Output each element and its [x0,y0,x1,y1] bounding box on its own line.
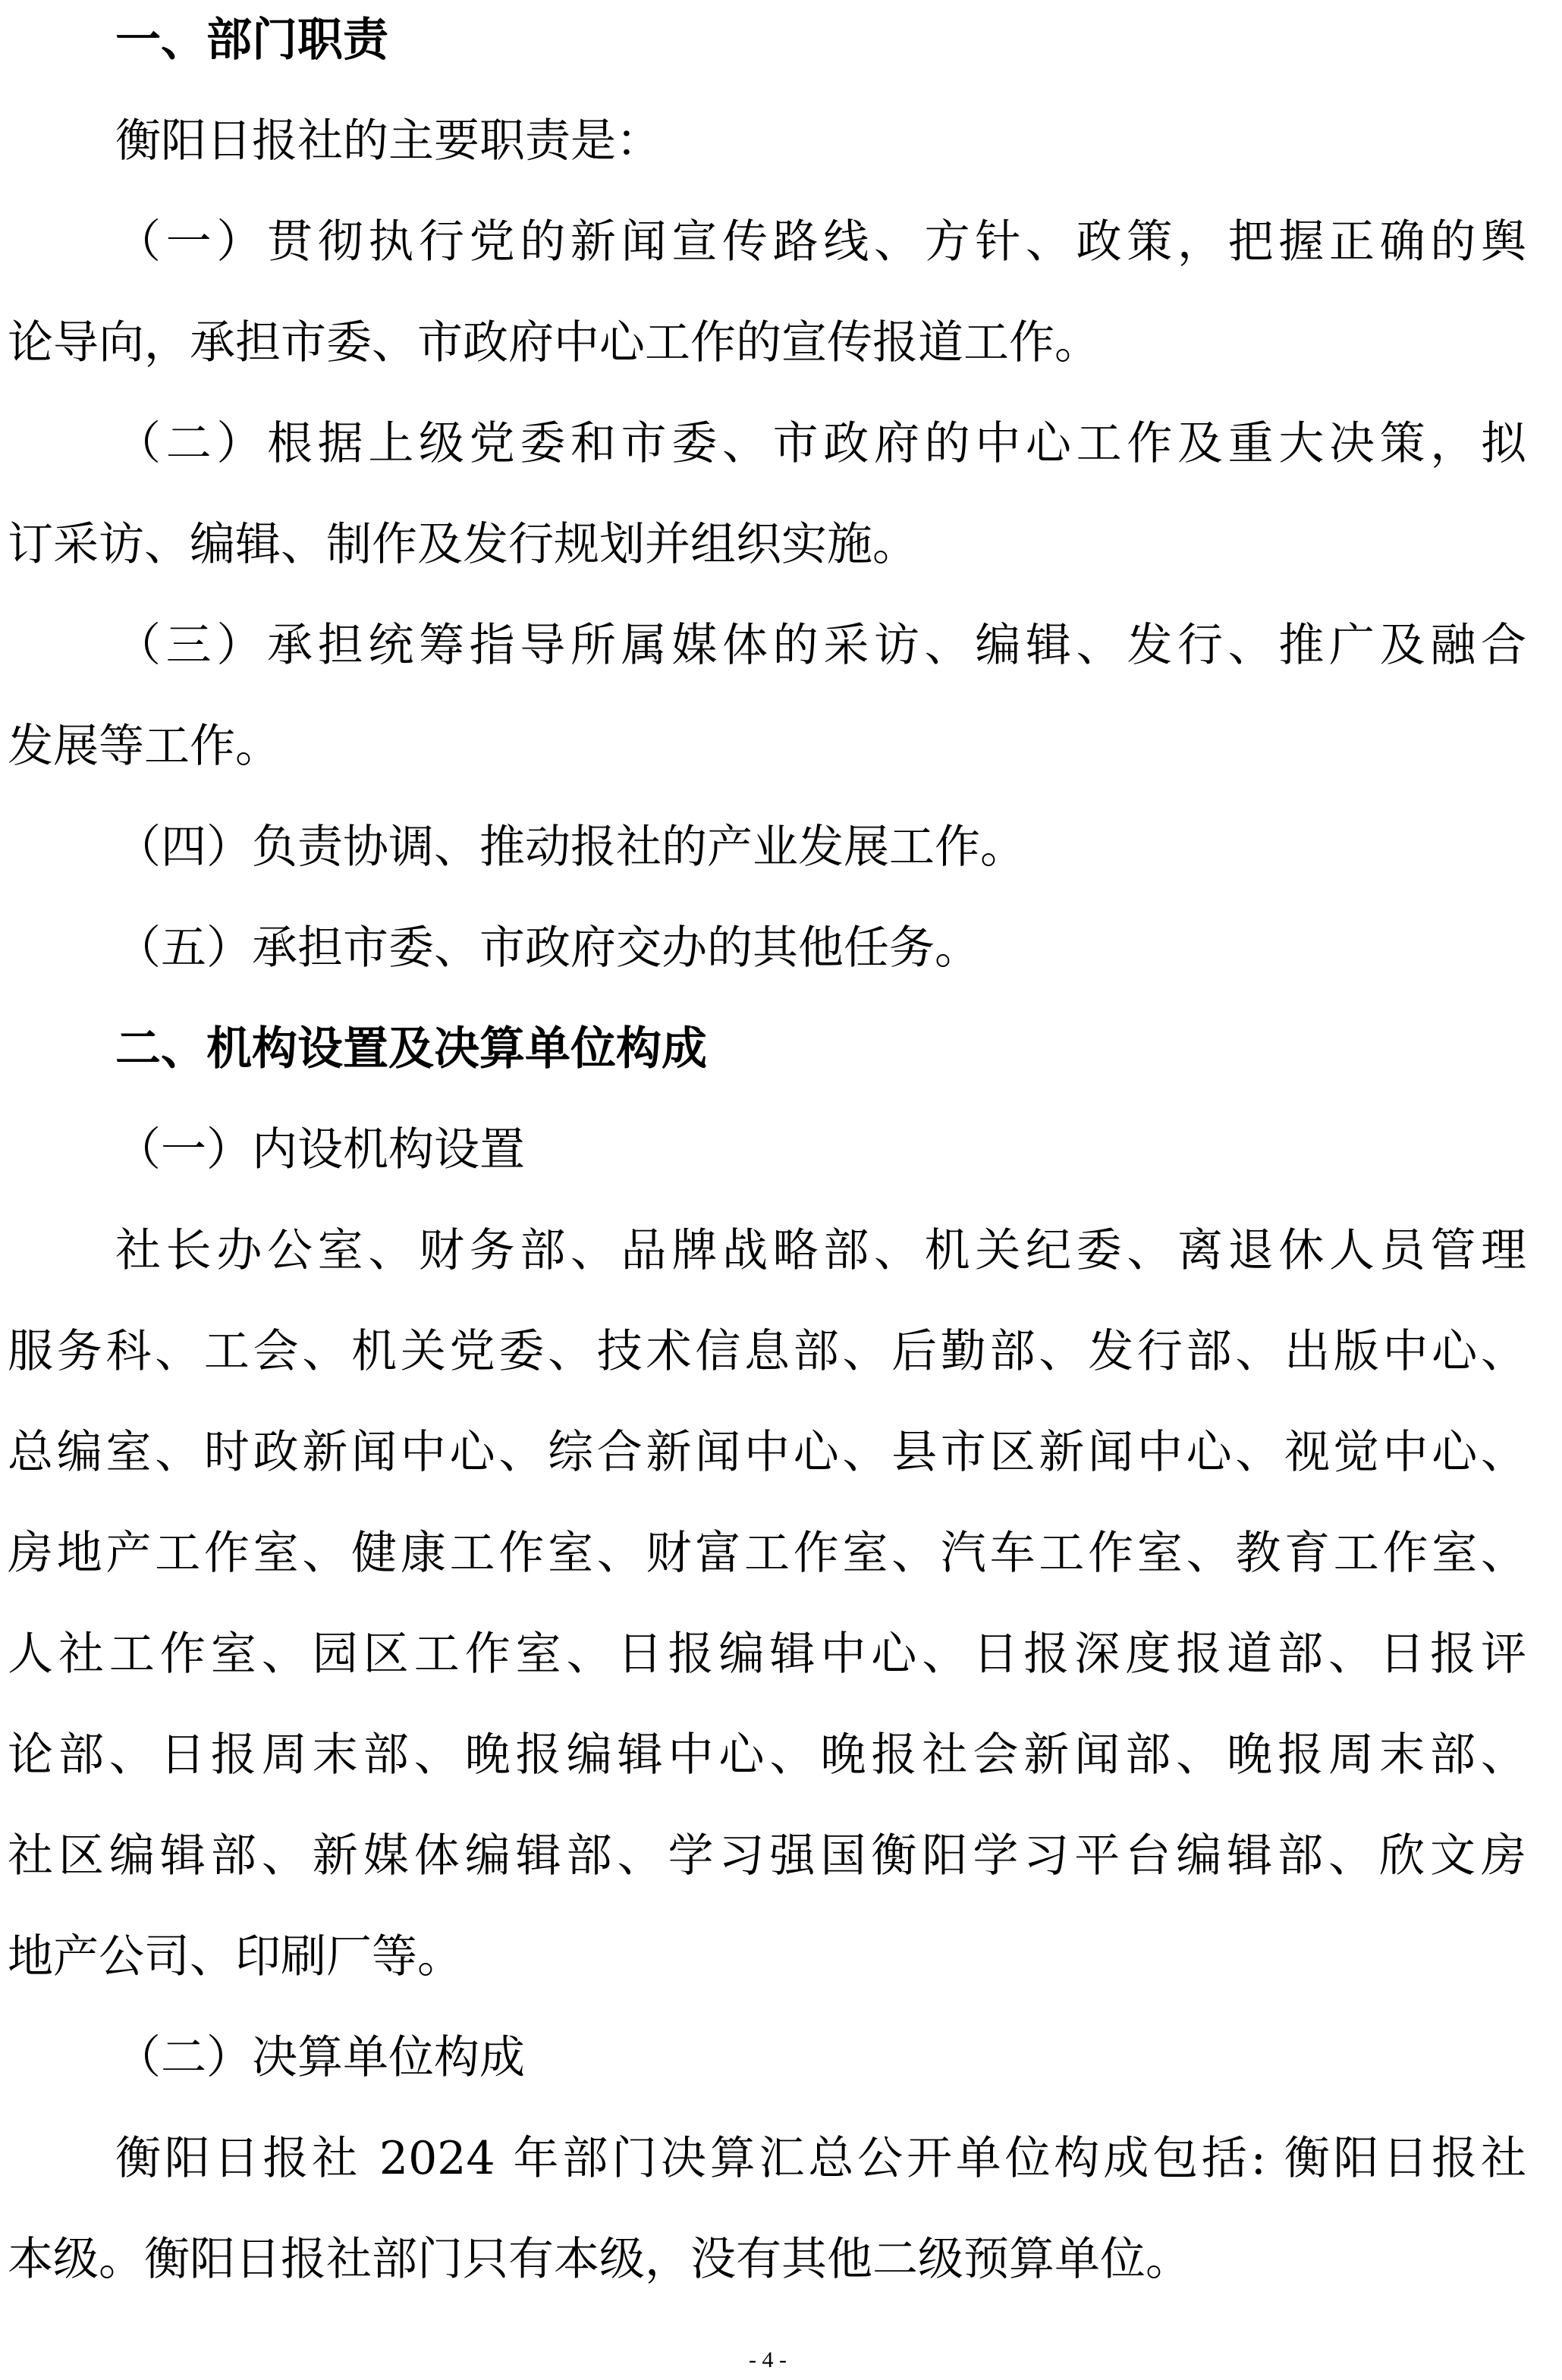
duty-item-2-line-1: （二）根据上级党委和市委、市政府的中心工作及重大决策，拟 [115,417,1526,470]
internal-structure-line-8: 地产公司、印刷厂等。 [8,1930,1526,1983]
document-page: 一、部门职责 衡阳日报社的主要职责是： （一）贯彻执行党的新闻宣传路线、方针、政… [0,0,1562,2380]
budget-units-line-2: 本级。衡阳日报社部门只有本级，没有其他二级预算单位。 [8,2233,1526,2286]
duty-item-3-line-1: （三）承担统筹指导所属媒体的采访、编辑、发行、推广及融合 [115,619,1526,672]
duty-item-4: （四）负责协调、推动报社的产业发展工作。 [115,821,1526,874]
internal-structure-line-7: 社区编辑部、新媒体编辑部、学习强国衡阳学习平台编辑部、欣文房 [8,1829,1526,1882]
internal-structure-line-5: 人社工作室、园区工作室、日报编辑中心、日报深度报道部、日报评 [8,1628,1526,1681]
page-number: - 4 - [0,2347,1535,2374]
internal-structure-line-3: 总编室、时政新闻中心、综合新闻中心、县市区新闻中心、视觉中心、 [8,1426,1526,1479]
duty-item-5: （五）承担市委、市政府交办的其他任务。 [115,922,1526,975]
subsection-heading-budget-units: （二）决算单位构成 [115,2031,1526,2084]
budget-units-line-1: 衡阳日报社 2024 年部门决算汇总公开单位构成包括: 衡阳日报社 [115,2132,1526,2185]
duty-item-2-line-2: 订采访、编辑、制作及发行规划并组织实施。 [8,518,1526,571]
subsection-heading-internal-structure: （一）内设机构设置 [115,1123,1526,1176]
internal-structure-line-2: 服务科、工会、机关党委、技术信息部、后勤部、发行部、出版中心、 [8,1325,1526,1378]
section-heading-organization: 二、机构设置及决算单位构成 [115,1022,1526,1075]
duty-item-1-line-1: （一）贯彻执行党的新闻宣传路线、方针、政策，把握正确的舆 [115,215,1526,268]
duty-item-3-line-2: 发展等工作。 [8,720,1526,773]
internal-structure-line-1: 社长办公室、财务部、品牌战略部、机关纪委、离退休人员管理 [115,1224,1526,1277]
internal-structure-line-6: 论部、日报周末部、晚报编辑中心、晚报社会新闻部、晚报周末部、 [8,1728,1526,1782]
section-heading-duties: 一、部门职责 [115,14,1526,67]
duties-intro: 衡阳日报社的主要职责是： [115,115,1526,168]
internal-structure-line-4: 房地产工作室、健康工作室、财富工作室、汽车工作室、教育工作室、 [8,1527,1526,1580]
duty-item-1-line-2: 论导向，承担市委、市政府中心工作的宣传报道工作。 [8,316,1526,369]
